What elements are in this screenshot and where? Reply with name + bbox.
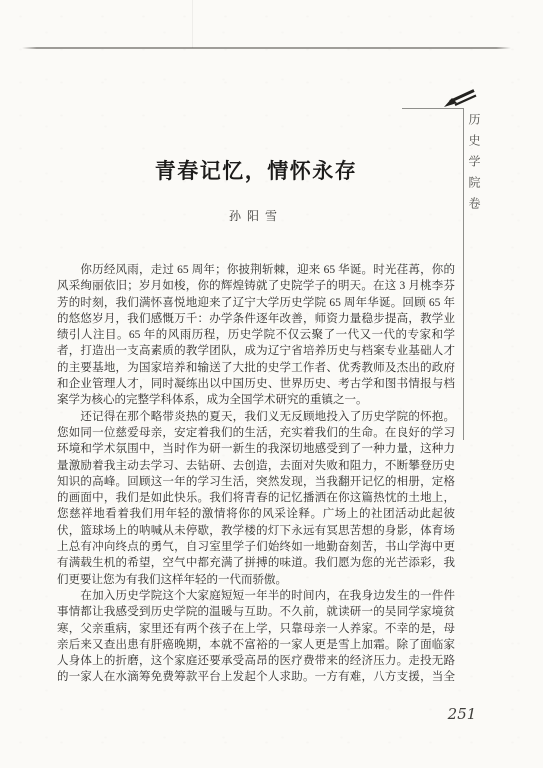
body-line: 绩引人注目。65 年的风雨历程，历史学院不仅云聚了一代又一代的专家和学	[57, 327, 455, 343]
body-line: 环境和学术氛围中，当时作为研一新生的我深切地感受到了一种力量，这种力	[57, 441, 455, 457]
pen-icon	[443, 88, 477, 108]
article-title: 青春记忆，情怀永存	[57, 159, 455, 184]
body-line: 寒，父亲重病，家里还有两个孩子在上学，只靠母亲一人养家。不幸的是，母	[57, 621, 455, 637]
body-line: 您如同一位慈爱母亲，安定着我们的生活，充实着我们的生命。在良好的学习	[57, 425, 455, 441]
body-line: 的主要基地，为国家培养和输送了大批的史学工作者、优秀教师及杰出的政府	[57, 360, 455, 376]
body-line: 上总有冲向终点的勇气，自习室里学子们始终如一地勤奋刻苦，书山学海中更	[57, 539, 455, 555]
book-page: 历史学院卷 青春记忆，情怀永存 孙阳雪 你历经风雨，走过 65 周年；你披荆斩棘…	[0, 0, 543, 768]
body-line: 知识的高峰。回顾这一年的学习生活，突然发现，当我翻开记忆的相册，定格	[57, 474, 455, 490]
body-line: 伏，篮球场上的呐喊从未停歇，教学楼的灯下永远有冥思苦想的身影，体育场	[57, 523, 455, 539]
body-line: 的一家人在水滴筹免费筹款平台上发起个人求助。一方有难，八方支援，当全	[57, 669, 455, 685]
page-number: 251	[436, 705, 488, 723]
body-line: 的画面中，我们是如此快乐。我们将青春的记忆播洒在你这篇热忱的土地上，	[57, 490, 455, 506]
body-line: 者，打造出一支高素质的教学团队，成为辽宁省培养历史与档案专业基础人才	[57, 343, 455, 359]
article-author: 孙阳雪	[57, 207, 455, 224]
corner-rule-vertical	[463, 108, 464, 440]
body-line: 有满载生机的希望，空气中都充满了拼搏的味道。我们愿为您的光芒添彩，我	[57, 555, 455, 571]
scan-fold-artifact	[192, 0, 193, 48]
body-line: 量激励着我主动去学习、去钻研、去创造，去面对失败和阻力，不断攀登历史	[57, 458, 455, 474]
volume-sidebar-label: 历史学院卷	[466, 113, 483, 218]
body-line: 还记得在那个略带炎热的夏天，我们义无反顾地投入了历史学院的怀抱。	[57, 409, 455, 425]
body-line: 亲后来又查出患有肝癌晚期，本就不富裕的一家人更是雪上加霜。除了面临家	[57, 637, 455, 653]
body-line: 您慈祥地看着我们用年轻的激情将你的风采诠释。广场上的社团活动此起彼	[57, 506, 455, 522]
article-body: 你历经风雨，走过 65 周年；你披荆斩棘，迎来 65 华诞。时光荏苒，你的风采绚…	[57, 262, 455, 686]
body-line: 风采绚丽依旧；岁月如梭，你的辉煌铸就了史院学子的明天。在这 3 月桃李芬	[57, 278, 455, 294]
corner-rule-horizontal	[402, 108, 464, 109]
body-line: 在加入历史学院这个大家庭短短一年半的时间内，在我身边发生的一件件	[57, 588, 455, 604]
body-line: 们更要让您为有我们这样年轻的一代而骄傲。	[57, 572, 455, 588]
body-line: 人身体上的折磨，这个家庭还要承受高昂的医疗费带来的经济压力。走投无路	[57, 653, 455, 669]
body-line: 事情都让我感受到历史学院的温暖与互助。不久前，就读研一的吴同学家境贫	[57, 604, 455, 620]
body-line: 你历经风雨，走过 65 周年；你披荆斩棘，迎来 65 华诞。时光荏苒，你的	[57, 262, 455, 278]
body-line: 和企业管理人才，同时凝练出以中国历史、世界历史、考古学和图书情报与档	[57, 376, 455, 392]
page-top-edge-line	[22, 47, 511, 49]
body-line: 案学为核心的完整学科体系，成为全国学术研究的重镇之一。	[57, 392, 455, 408]
body-line: 芳的时刻，我们满怀喜悦地迎来了辽宁大学历史学院 65 周年华诞。回顾 65 年	[57, 295, 455, 311]
body-line: 的悠悠岁月，我们感慨万千：办学条件逐年改善，师资力量稳步提高，教学业	[57, 311, 455, 327]
